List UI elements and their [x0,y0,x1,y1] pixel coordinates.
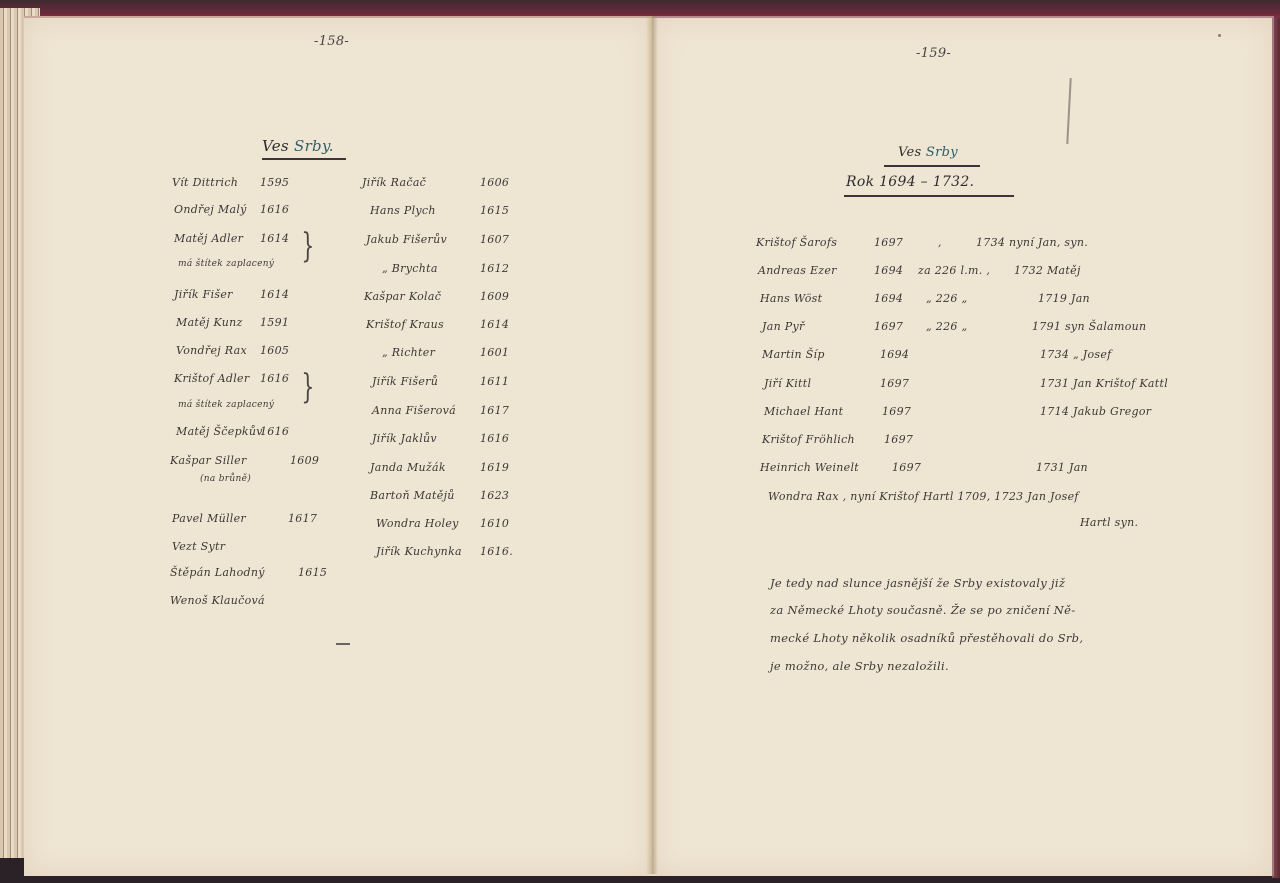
brace: } [301,370,314,404]
table-row: Martin Šíp16941734 „ Josef [762,348,825,361]
heading-village-name: Srby [926,145,958,160]
list-item: Štěpán Lahodný1615 [170,566,265,579]
list-item-note: (na brůně) [200,474,251,484]
note-line: je možno, ale Srby nezaložili. [770,659,949,673]
right-page-number: -159- [916,46,951,61]
table-row: Michael Hant16971714 Jakub Gregor [764,405,843,418]
additional-entry: Wondra Rax , nyní Krištof Hartl 1709, 17… [768,490,1079,503]
table-row: Heinrich Weinelt16971731 Jan [760,461,859,474]
list-item: Matěj Ščepkův1616 [176,425,263,438]
right-page [652,16,1274,876]
list-item-note: má štítek zaplacený [178,259,274,269]
year-range-subheading: Rok 1694 – 1732. [846,174,974,190]
list-item: „ Richter1601 [382,346,435,359]
list-item: Jiřík Kuchynka1616. [376,545,462,558]
list-item: Jiřík Fišer1614 [174,288,233,301]
list-item: Ondřej Malý1616 [174,203,247,216]
table-row: Krištof Fröhlich1697 [762,433,855,446]
list-item: Jiřík Fišerů1611 [372,375,438,388]
heading-underline [884,165,980,167]
left-page [24,16,652,876]
heading-village-name: Srby. [294,137,334,155]
list-item: Anna Fišerová1617 [372,404,456,417]
table-row: Jiří Kittl16971731 Jan Krištof Kattl [764,377,811,390]
list-item: Wenoš Klaučová [170,594,265,607]
list-item: Vít Dittrich1595 [172,176,238,189]
list-item: Janda Mužák1619 [370,461,446,474]
right-page-heading: Ves Srby [898,145,958,160]
list-item: Krištof Kraus1614 [366,318,444,331]
heading-prefix: Ves [898,145,921,160]
end-dash [336,643,350,645]
heading-prefix: Ves [262,137,289,155]
heading-underline [262,158,346,160]
list-item: Kašpar Kolač1609 [364,290,441,303]
list-item: Bartoň Matějů1623 [370,489,455,502]
list-item: Pavel Müller1617 [172,512,246,525]
note-line: Je tedy nad slunce jasnější že Srby exis… [770,576,1065,590]
table-row: Krištof Šarofs1697,1734 nyní Jan, syn. [756,236,837,249]
paper-spot [1218,34,1221,37]
table-row: Hans Wöst1694„ 226 „1719 Jan [760,292,822,305]
additional-entry-continuation: Hartl syn. [1080,516,1138,529]
table-row: Jan Pyř1697„ 226 „1791 syn Šalamoun [762,320,805,333]
list-item: Jiřík Jaklův1616 [372,432,437,445]
list-item: Matěj Adler1614 [174,232,243,245]
list-item: Hans Plych1615 [370,204,436,217]
list-item: Matěj Kunz1591 [176,316,243,329]
list-item: Krištof Adler1616 [174,372,249,385]
list-item: Kašpar Siller1609 [170,454,247,467]
list-item: Vondřej Rax1605 [176,344,247,357]
note-line: za Německé Lhoty současně. Že se po znič… [770,603,1075,617]
list-item-note: má štítek zaplacený [178,400,274,410]
subheading-underline [844,195,1014,197]
list-item: Jakub Fišerův1607 [366,233,447,246]
table-row: Andreas Ezer1694za 226 l.m. ,1732 Matěj [758,264,837,277]
list-item: „ Brychta1612 [382,262,438,275]
note-line: mecké Lhoty několik osadníků přestěhoval… [770,631,1083,645]
left-page-number: -158- [314,34,349,49]
list-item: Wondra Holey1610 [376,517,459,530]
left-page-heading: Ves Srby. [262,137,334,155]
book-gutter [646,16,658,874]
list-item: Jiřík Račač1606 [362,176,426,189]
list-item: Vezt Sytr [172,540,225,553]
brace: } [301,229,314,263]
